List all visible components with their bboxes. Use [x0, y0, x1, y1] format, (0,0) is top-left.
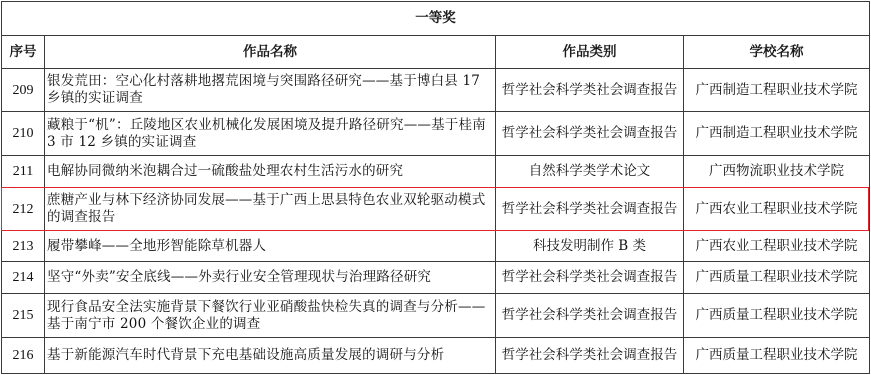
row-index: 215 — [2, 294, 45, 338]
row-index: 209 — [2, 69, 45, 112]
table-row: 216 基于新能源汽车时代背景下充电基础设施高质量发展的调研与分析 哲学社会科学… — [2, 338, 870, 374]
row-index: 213 — [2, 231, 45, 262]
row-school: 广西制造工程职业技术学院 — [684, 112, 870, 156]
table-row: 215 现行食品安全法实施背景下餐饮行业亚硝酸盐快检失真的调查与分析——基于南宁… — [2, 294, 870, 338]
row-work-name: 坚守“外卖”安全底线——外卖行业安全管理现状与治理路径研究 — [45, 262, 496, 294]
row-school: 广西质量工程职业技术学院 — [684, 262, 870, 294]
row-work-name: 蔗糖产业与林下经济协同发展——基于广西上思县特色农业双轮驱动模式的调查报告 — [45, 188, 496, 231]
row-index: 214 — [2, 262, 45, 294]
row-category: 自然科学类学术论文 — [496, 156, 684, 188]
header-work-name: 作品名称 — [45, 36, 496, 69]
row-work-name: 现行食品安全法实施背景下餐饮行业亚硝酸盐快检失真的调查与分析——基于南宁市 20… — [45, 294, 496, 338]
row-category: 哲学社会科学类社会调查报告 — [496, 69, 684, 112]
row-category: 哲学社会科学类社会调查报告 — [496, 338, 684, 374]
row-category: 哲学社会科学类社会调查报告 — [496, 188, 684, 231]
row-index: 216 — [2, 338, 45, 374]
row-work-name: 电解协同微纳米泡耦合过一硫酸盐处理农村生活污水的研究 — [45, 156, 496, 188]
row-work-name: 银发荒田：空心化村落耕地撂荒困境与突围路径研究——基于博白县 17 乡镇的实证调… — [45, 69, 496, 112]
row-school: 广西质量工程职业技术学院 — [684, 338, 870, 374]
row-school: 广西农业工程职业技术学院 — [684, 188, 870, 231]
table-title: 一等奖 — [2, 2, 870, 36]
awards-table: 一等奖 序号 作品名称 作品类别 学校名称 209 银发荒田：空心化村落耕地撂荒… — [1, 1, 870, 374]
row-school: 广西制造工程职业技术学院 — [684, 69, 870, 112]
table-row: 211 电解协同微纳米泡耦合过一硫酸盐处理农村生活污水的研究 自然科学类学术论文… — [2, 156, 870, 188]
title-row: 一等奖 — [2, 2, 870, 36]
row-work-name: 履带攀峰——全地形智能除草机器人 — [45, 231, 496, 262]
header-row: 序号 作品名称 作品类别 学校名称 — [2, 36, 870, 69]
row-index: 211 — [2, 156, 45, 188]
row-school: 广西农业工程职业技术学院 — [684, 231, 870, 262]
row-school: 广西质量工程职业技术学院 — [684, 294, 870, 338]
header-index: 序号 — [2, 36, 45, 69]
table-row: 210 藏粮于“机”：丘陵地区农业机械化发展困境及提升路径研究——基于桂南 3 … — [2, 112, 870, 156]
table-row: 209 银发荒田：空心化村落耕地撂荒困境与突围路径研究——基于博白县 17 乡镇… — [2, 69, 870, 112]
table-row: 213 履带攀峰——全地形智能除草机器人 科技发明制作 B 类 广西农业工程职业… — [2, 231, 870, 262]
row-category: 科技发明制作 B 类 — [496, 231, 684, 262]
header-school: 学校名称 — [684, 36, 870, 69]
row-work-name: 基于新能源汽车时代背景下充电基础设施高质量发展的调研与分析 — [45, 338, 496, 374]
row-category: 哲学社会科学类社会调查报告 — [496, 262, 684, 294]
table-row-highlighted: 212 蔗糖产业与林下经济协同发展——基于广西上思县特色农业双轮驱动模式的调查报… — [2, 188, 870, 231]
row-work-name: 藏粮于“机”：丘陵地区农业机械化发展困境及提升路径研究——基于桂南 3 市 12… — [45, 112, 496, 156]
row-index: 210 — [2, 112, 45, 156]
row-category: 哲学社会科学类社会调查报告 — [496, 112, 684, 156]
header-category: 作品类别 — [496, 36, 684, 69]
row-school: 广西物流职业技术学院 — [684, 156, 870, 188]
row-category: 哲学社会科学类社会调查报告 — [496, 294, 684, 338]
row-index: 212 — [2, 188, 45, 231]
table-row: 214 坚守“外卖”安全底线——外卖行业安全管理现状与治理路径研究 哲学社会科学… — [2, 262, 870, 294]
